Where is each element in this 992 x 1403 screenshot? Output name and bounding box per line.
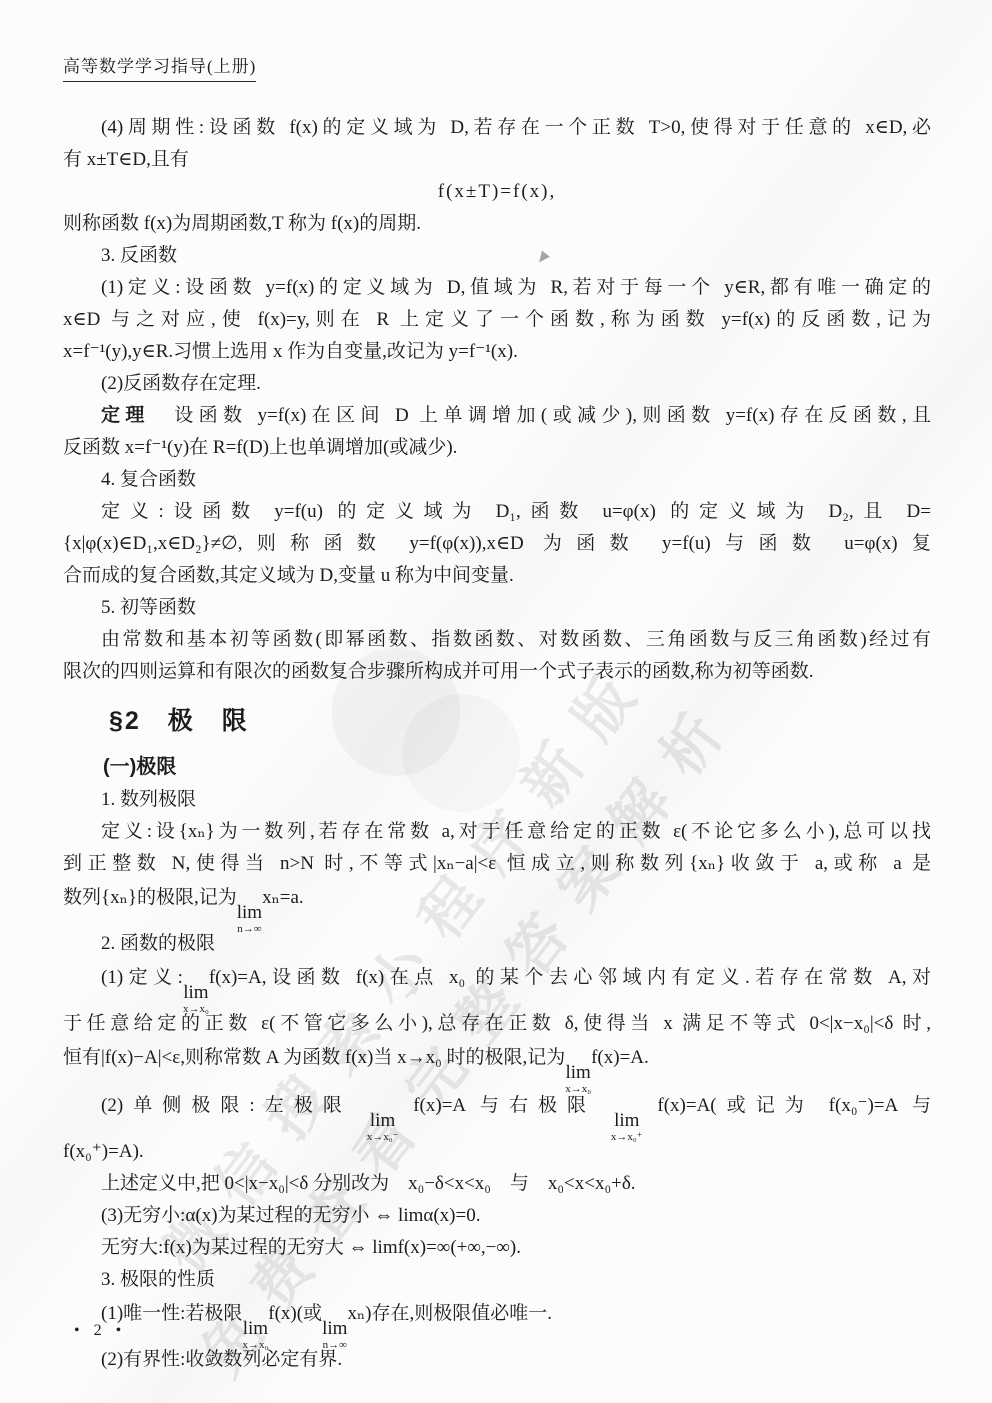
lim-word: lim [243, 1319, 268, 1338]
lim-word: lim [322, 1319, 347, 1338]
lim-word: lim [614, 1111, 639, 1130]
lim-word: lim [237, 903, 262, 922]
lim-word: lim [566, 1063, 591, 1082]
section-heading-2: §2 极 限 [109, 702, 931, 740]
text-line: 无穷大:f(x)为某过程的无穷大 ⇔ limf(x)=∞(+∞,−∞). [63, 1232, 931, 1264]
text-line: 反函数 x=f⁻¹(y)在 R=f(D)上也单调增加(或减少). [63, 432, 931, 464]
text-line: 于任意给定的正数 ε(不管它多么小),总存在正数 δ,使得当 x 满足不等式 0… [63, 1008, 931, 1040]
list-item-heading: 5. 初等函数 [63, 592, 931, 624]
text-line: (2)有界性:收敛数列必定有界. [63, 1344, 931, 1376]
text-line: 上述定义中,把 0<|x−x₀|<δ 分别改为 x₀−δ<x<x₀ 与 x₀<x… [63, 1168, 931, 1200]
text-line: 到正整数 N,使得当 n>N 时,不等式|xₙ−a|<ε 恒成立,则称数列{xₙ… [63, 848, 931, 880]
text-run: (1)唯一性:若极限 [101, 1303, 242, 1324]
subsection-heading: (一)极限 [103, 750, 931, 784]
text-line: f(x₀⁺)=A). [63, 1136, 931, 1168]
text-line-with-limit: 数列{xₙ}的极限,记为limn→∞xₙ=a. [63, 880, 931, 928]
page-body: (4)周期性:设函数 f(x)的定义域为 D,若存在一个正数 T>0,使得对于任… [63, 112, 931, 1376]
text-run: xₙ)存在,则极限值必唯一. [347, 1303, 552, 1324]
text-line: 由常数和基本初等函数(即幂函数、指数函数、对数函数、三角函数与反三角函数)经过有 [63, 624, 931, 656]
text-line: 定义:设函数 y=f(u) 的定义域为 D₁,函数 u=φ(x) 的定义域为 D… [63, 496, 931, 528]
text-line: (1)定义:设函数 y=f(x)的定义域为 D,值域为 R,若对于每一个 y∈R… [63, 272, 931, 304]
text-line: {x|φ(x)∈D₁,x∈D₂}≠∅,则称函数 y=f(φ(x)),x∈D 为函… [63, 528, 931, 560]
list-item-heading: 3. 极限的性质 [63, 1264, 931, 1296]
list-item-heading: 4. 复合函数 [63, 464, 931, 496]
text-run: 数列{xₙ}的极限,记为 [63, 887, 237, 908]
text-line: 则称函数 f(x)为周期函数,T 称为 f(x)的周期. [63, 208, 931, 240]
text-line: 有 x±T∈D,且有 [63, 144, 931, 176]
lim-word: lim [370, 1111, 395, 1130]
text-line: x∈D 与之对应,使 f(x)=y,则在 R 上定义了一个函数,称为函数 y=f… [63, 304, 931, 336]
text-line-with-limit: (1)定义:limx→x₀f(x)=A,设函数 f(x)在点 x₀ 的某个去心邻… [63, 960, 931, 1008]
lim-subscript: n→∞ [237, 924, 261, 935]
text-line: 限次的四则运算和有限次的函数复合步骤所构成并可用一个式子表示的函数,称为初等函数… [63, 656, 931, 688]
book-title: 高等数学学习指导(上册) [63, 52, 256, 82]
theorem-line: 定理 设函数 y=f(x)在区间 D 上单调增加(或减少),则函数 y=f(x)… [63, 400, 931, 432]
text-run: (2)单侧极限:左极限 [101, 1095, 367, 1116]
text-line: (2)反函数存在定理. [63, 368, 931, 400]
list-item-heading: 1. 数列极限 [63, 784, 931, 816]
text-line: 定义:设{xₙ}为一数列,若存在常数 a,对于任意给定的正数 ε(不论它多么小)… [63, 816, 931, 848]
text-line: (4)周期性:设函数 f(x)的定义域为 D,若存在一个正数 T>0,使得对于任… [63, 112, 931, 144]
text-run: f(x)=A(或记为 f(x₀⁻)=A 与 [643, 1095, 931, 1116]
text-run: 设函数 y=f(x)在区间 D 上单调增加(或减少),则函数 y=f(x)存在反… [150, 405, 931, 426]
limit-notation: limn→∞ [237, 903, 262, 935]
book-page: 高等数学学习指导(上册) (4)周期性:设函数 f(x)的定义域为 D,若存在一… [0, 0, 992, 1403]
text-run: f(x)=A 与右极限 [398, 1095, 611, 1116]
text-line-with-limit: (2)单侧极限:左极限 limx→x₀⁻ f(x)=A 与右极限 limx→x₀… [63, 1088, 931, 1136]
theorem-label: 定理 [101, 405, 150, 426]
limit-notation: limx→x₀⁻ [367, 1111, 399, 1143]
text-run: (1)定义: [101, 967, 183, 988]
lim-subscript: x→x₀⁻ [367, 1132, 399, 1143]
text-run: f(x)=A,设函数 f(x)在点 x₀ 的某个去心邻域内有定义.若存在常数 A… [209, 967, 931, 988]
list-item-heading: 2. 函数的极限 [63, 928, 931, 960]
text-line: (3)无穷小:α(x)为某过程的无穷小 ⇔ limα(x)=0. [63, 1200, 931, 1232]
text-line: x=f⁻¹(y),y∈R.习惯上选用 x 作为自变量,改记为 y=f⁻¹(x). [63, 336, 931, 368]
lim-subscript: x→x₀⁺ [611, 1132, 643, 1143]
list-item-heading: 3. 反函数 [63, 240, 931, 272]
lim-word: lim [183, 983, 208, 1002]
display-formula: f(x±T)=f(x), [63, 176, 931, 208]
running-header: 高等数学学习指导(上册) [63, 52, 256, 82]
text-line: 合而成的复合函数,其定义域为 D,变量 u 称为中间变量. [63, 560, 931, 592]
text-line-with-limit: (1)唯一性:若极限limx→x₀f(x)(或limn→∞xₙ)存在,则极限值必… [63, 1296, 931, 1344]
text-run: 恒有|f(x)−A|<ε,则称常数 A 为函数 f(x)当 x→x₀ 时的极限,… [63, 1047, 565, 1068]
page-number: • 2 • [74, 1322, 126, 1340]
limit-notation: limx→x₀⁺ [611, 1111, 643, 1143]
text-line-with-limit: 恒有|f(x)−A|<ε,则称常数 A 为函数 f(x)当 x→x₀ 时的极限,… [63, 1040, 931, 1088]
text-run: xₙ=a. [262, 887, 304, 908]
text-run: f(x)(或 [268, 1303, 322, 1324]
text-run: f(x)=A. [591, 1047, 649, 1068]
